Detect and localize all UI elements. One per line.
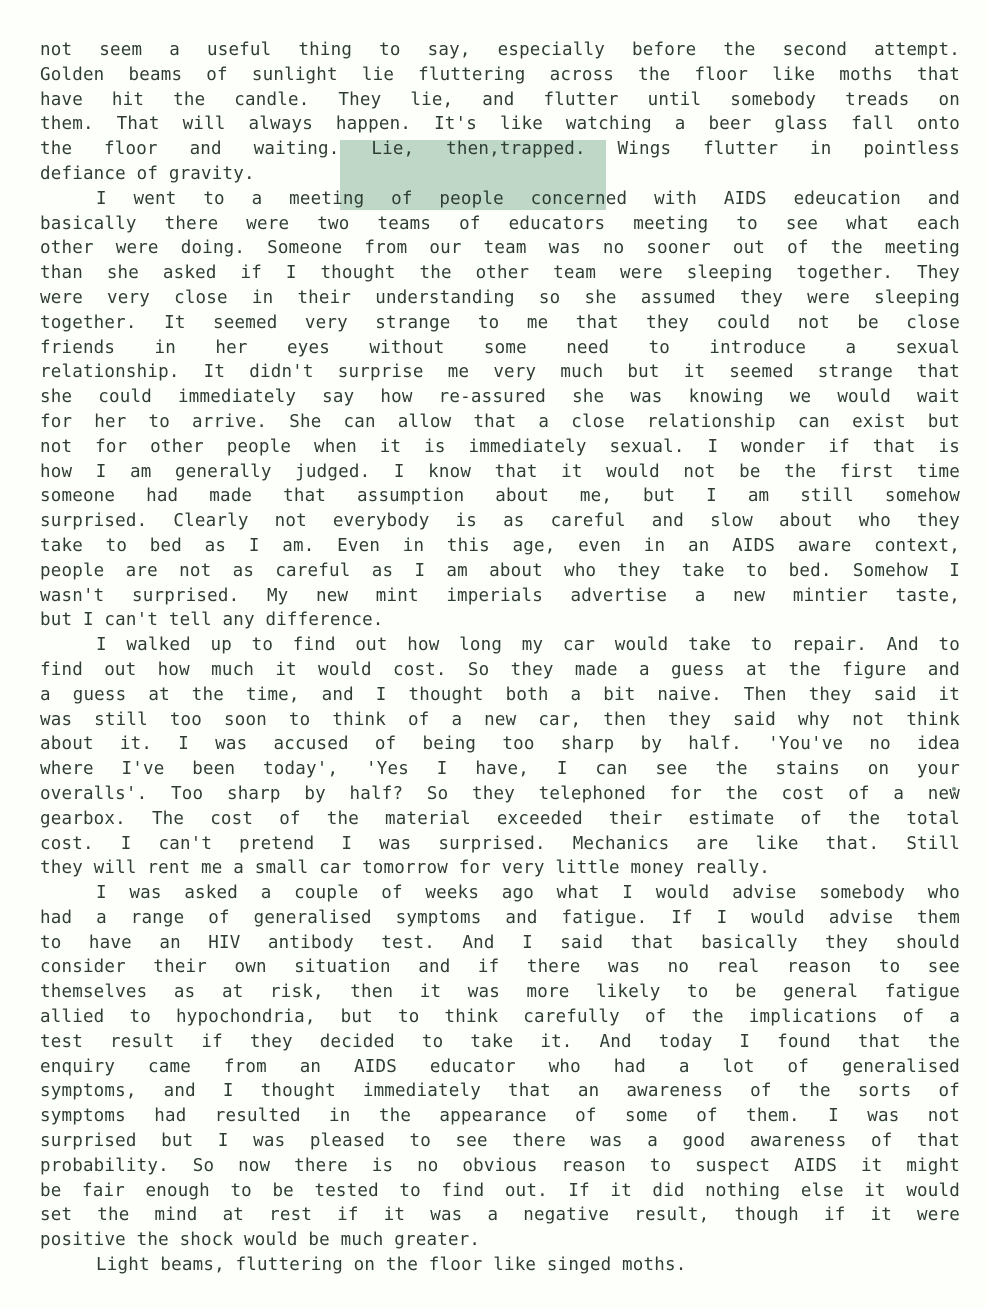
text-line: other were doing. Someone from our team … [40, 236, 960, 261]
text-line: but I can't tell any difference. [40, 608, 960, 633]
text-line: probability. So now there is no obvious … [40, 1154, 960, 1179]
text-line: I was asked a couple of weeks ago what I… [40, 881, 960, 906]
text-line: had a range of generalised symptoms and … [40, 906, 960, 931]
text-line: to have an HIV antibody test. And I said… [40, 931, 960, 956]
text-line: a guess at the time, and I thought both … [40, 683, 960, 708]
text-line: Light beams, fluttering on the floor lik… [40, 1253, 960, 1278]
text-line: I went to a meeting of people concerned … [40, 187, 960, 212]
text-line: friends in her eyes without some need to… [40, 336, 960, 361]
text-line: they will rent me a small car tomorrow f… [40, 856, 960, 881]
text-line: be fair enough to be tested to find out.… [40, 1179, 960, 1204]
text-line: themselves as at risk, then it was more … [40, 980, 960, 1005]
text-line: than she asked if I thought the other te… [40, 261, 960, 286]
text-line: surprised but I was pleased to see there… [40, 1129, 960, 1154]
text-line: enquiry came from an AIDS educator who h… [40, 1055, 960, 1080]
text-line: basically there were two teams of educat… [40, 212, 960, 237]
text-line: she could immediately say how re-assured… [40, 385, 960, 410]
text-line: defiance of gravity. [40, 162, 960, 187]
text-line: allied to hypochondria, but to think car… [40, 1005, 960, 1030]
text-line: overalls'. Too sharp by half? So they te… [40, 782, 960, 807]
text-line: together. It seemed very strange to me t… [40, 311, 960, 336]
text-line: test result if they decided to take it. … [40, 1030, 960, 1055]
text-line: surprised. Clearly not everybody is as c… [40, 509, 960, 534]
text-line: symptoms, and I thought immediately that… [40, 1079, 960, 1104]
text-line: positive the shock would be much greater… [40, 1228, 960, 1253]
text-line: them. That will always happen. It's like… [40, 112, 960, 137]
text-line: not for other people when it is immediat… [40, 435, 960, 460]
scan-speck [952, 787, 956, 791]
text-line: how I am generally judged. I know that i… [40, 460, 960, 485]
text-line: consider their own situation and if ther… [40, 955, 960, 980]
text-line: symptoms had resulted in the appearance … [40, 1104, 960, 1129]
text-line: someone had made that assumption about m… [40, 484, 960, 509]
text-line: relationship. It didn't surprise me very… [40, 360, 960, 385]
text-line: where I've been today', 'Yes I have, I c… [40, 757, 960, 782]
text-line: Golden beams of sunlight lie fluttering … [40, 63, 960, 88]
text-line: gearbox. The cost of the material exceed… [40, 807, 960, 832]
text-line: find out how much it would cost. So they… [40, 658, 960, 683]
text-line: about it. I was accused of being too sha… [40, 732, 960, 757]
text-line: not seem a useful thing to say, especial… [40, 38, 960, 63]
text-line: take to bed as I am. Even in this age, e… [40, 534, 960, 559]
text-line: was still too soon to think of a new car… [40, 708, 960, 733]
text-line: people are not as careful as I am about … [40, 559, 960, 584]
text-line: have hit the candle. They lie, and flutt… [40, 88, 960, 113]
text-line: for her to arrive. She can allow that a … [40, 410, 960, 435]
text-line: cost. I can't pretend I was surprised. M… [40, 832, 960, 857]
text-line: the floor and waiting. Lie, then,trapped… [40, 137, 960, 162]
text-line: I walked up to find out how long my car … [40, 633, 960, 658]
text-line: set the mind at rest if it was a negativ… [40, 1203, 960, 1228]
text-line: were very close in their understanding s… [40, 286, 960, 311]
text-line: wasn't surprised. My new mint imperials … [40, 584, 960, 609]
typed-page-body: not seem a useful thing to say, especial… [40, 38, 960, 1278]
